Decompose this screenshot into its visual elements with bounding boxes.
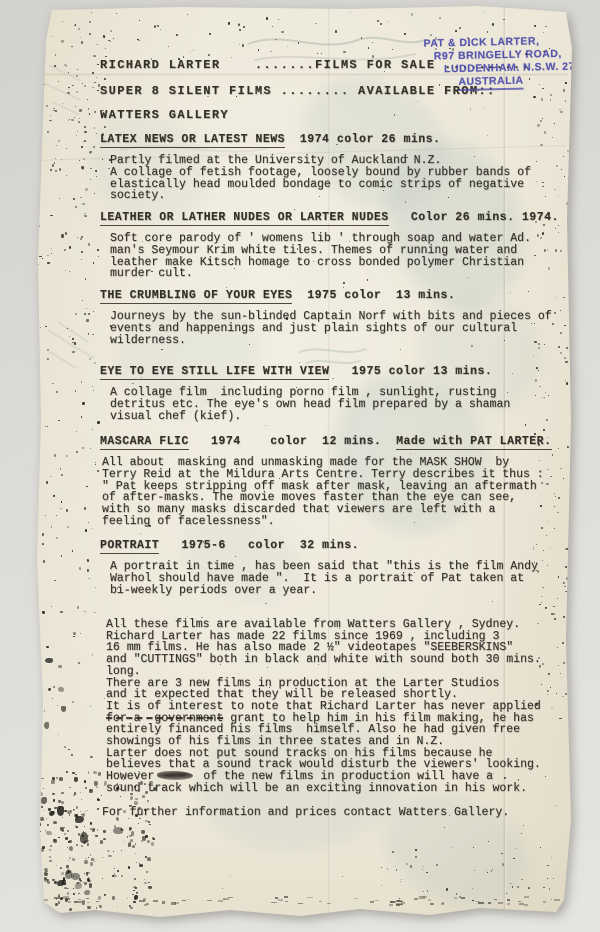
film-description: Partly filmed at the University of Auckl… <box>100 155 568 202</box>
closing-text: All these films are available from Watte… <box>106 618 541 713</box>
closing-paragraphs: All these films are available from Watte… <box>100 619 574 795</box>
film-title-line: MASCARA FLIC 1974 color 12 mins. Made wi… <box>100 435 568 448</box>
stamp-country-line: AUSTRALIA <box>458 75 523 91</box>
film-title: EYE TO EYE STILL LIFE WITH VIEW <box>100 365 329 380</box>
scanned-letter: RICHARD LARTER .......FILMS FOR SALE ...… <box>0 0 600 932</box>
film-meta: 1975-6 color 32 mins. <box>159 539 359 552</box>
film-meta: 1974 color 26 mins. <box>285 133 440 146</box>
film-section: LATEX NEWS OR LATEST NEWS 1974 color 26 … <box>100 133 568 202</box>
film-meta: 1974 color 12 mins. <box>189 435 396 448</box>
film-meta: 1975 color 13 mins. <box>329 365 492 378</box>
paper-sheet: RICHARD LARTER .......FILMS FOR SALE ...… <box>0 0 600 932</box>
film-credit: Made with PAT LARTER. <box>396 435 551 450</box>
film-description: A portrait in time , has been said that … <box>100 561 568 596</box>
film-description: Soft core parody of ' womens lib ' throu… <box>100 233 568 280</box>
film-section: EYE TO EYE STILL LIFE WITH VIEW 1975 col… <box>100 365 568 422</box>
film-section: MASCARA FLIC 1974 color 12 mins. Made wi… <box>100 435 568 528</box>
film-meta: 1975 color 13 mins. <box>292 289 455 302</box>
film-title-line: LEATHER OR LATHER NUDES OR LARTER NUDES … <box>100 211 568 224</box>
film-title: LEATHER OR LATHER NUDES OR LARTER NUDES <box>100 211 389 226</box>
paper-shadow: RICHARD LARTER .......FILMS FOR SALE ...… <box>0 0 600 932</box>
address-stamp: PAT & DICK LARTER, R97 BRINGELLY ROAD, L… <box>423 34 588 91</box>
film-title-line: PORTRAIT 1975-6 color 32 mins. <box>100 539 568 552</box>
film-title-line: THE CRUMBLING OF YOUR EYES 1975 color 13… <box>100 289 568 302</box>
film-title-line: LATEX NEWS OR LATEST NEWS 1974 color 26 … <box>100 133 568 146</box>
film-section: THE CRUMBLING OF YOUR EYES 1975 color 13… <box>100 289 568 346</box>
film-title: PORTRAIT <box>100 539 159 554</box>
film-title-line: EYE TO EYE STILL LIFE WITH VIEW 1975 col… <box>100 365 568 378</box>
film-title: LATEX NEWS OR LATEST NEWS <box>100 133 285 148</box>
film-description: All about masking and unmasking made for… <box>100 457 568 528</box>
contact-line: For further information and prices conta… <box>102 806 570 819</box>
ink-blot <box>157 771 193 780</box>
film-title: THE CRUMBLING OF YOUR EYES <box>100 289 292 304</box>
film-description: Journeys by the sun-blinded Captain Norf… <box>100 311 568 346</box>
film-section: LEATHER OR LATHER NUDES OR LARTER NUDES … <box>100 211 568 280</box>
film-meta: Color 26 mins. 1974. <box>389 211 559 224</box>
gallery-name-line: WATTERS GALLERY <box>100 108 229 122</box>
film-description: A collage film including porno film , su… <box>100 387 568 422</box>
film-section: PORTRAIT 1975-6 color 32 mins. A portrai… <box>100 539 568 596</box>
film-title: MASCARA FLIC <box>100 435 189 450</box>
